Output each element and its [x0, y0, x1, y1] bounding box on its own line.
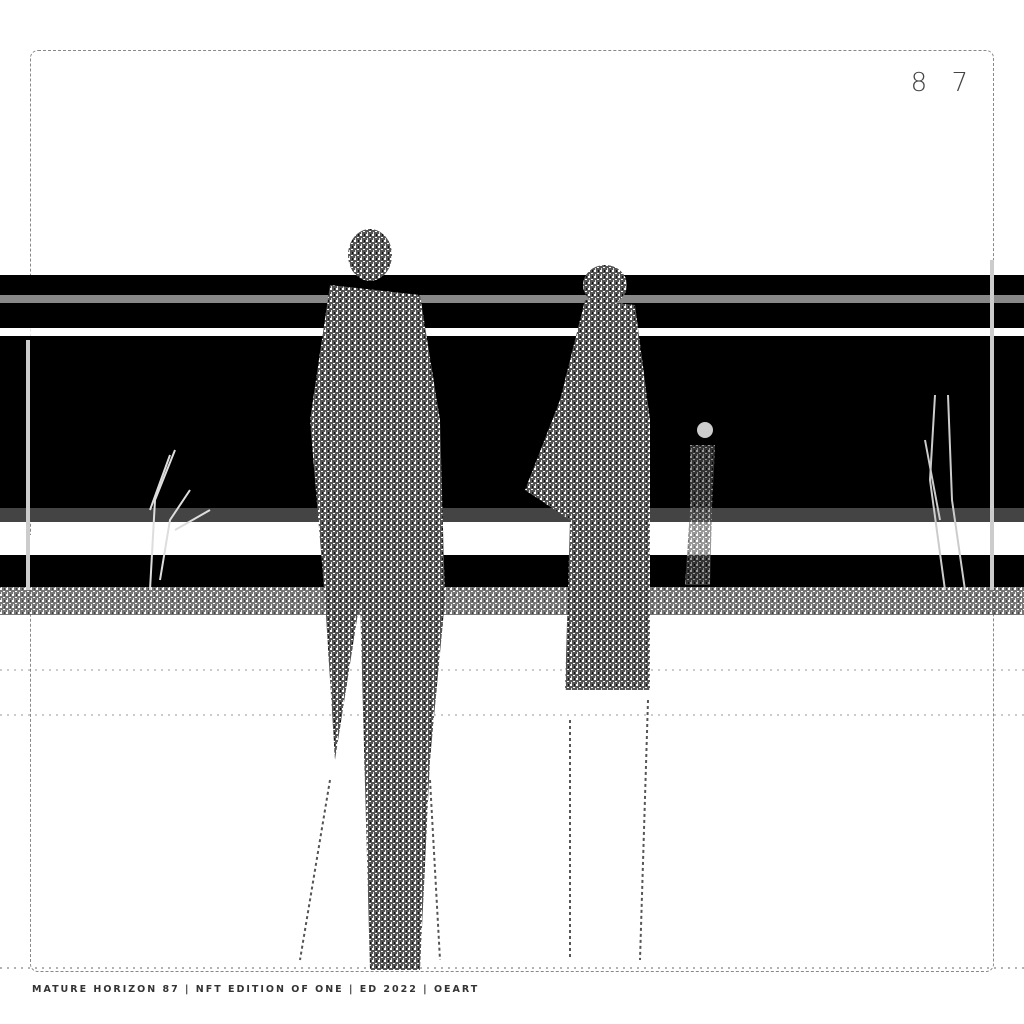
- artwork-caption: MATURE HORIZON 87 | NFT EDITION OF ONE |…: [32, 984, 479, 995]
- floor-lines: [0, 670, 1024, 968]
- artwork-scene: [0, 0, 1024, 1024]
- edition-number: 8 7: [911, 68, 976, 98]
- dark-band: [0, 260, 1024, 615]
